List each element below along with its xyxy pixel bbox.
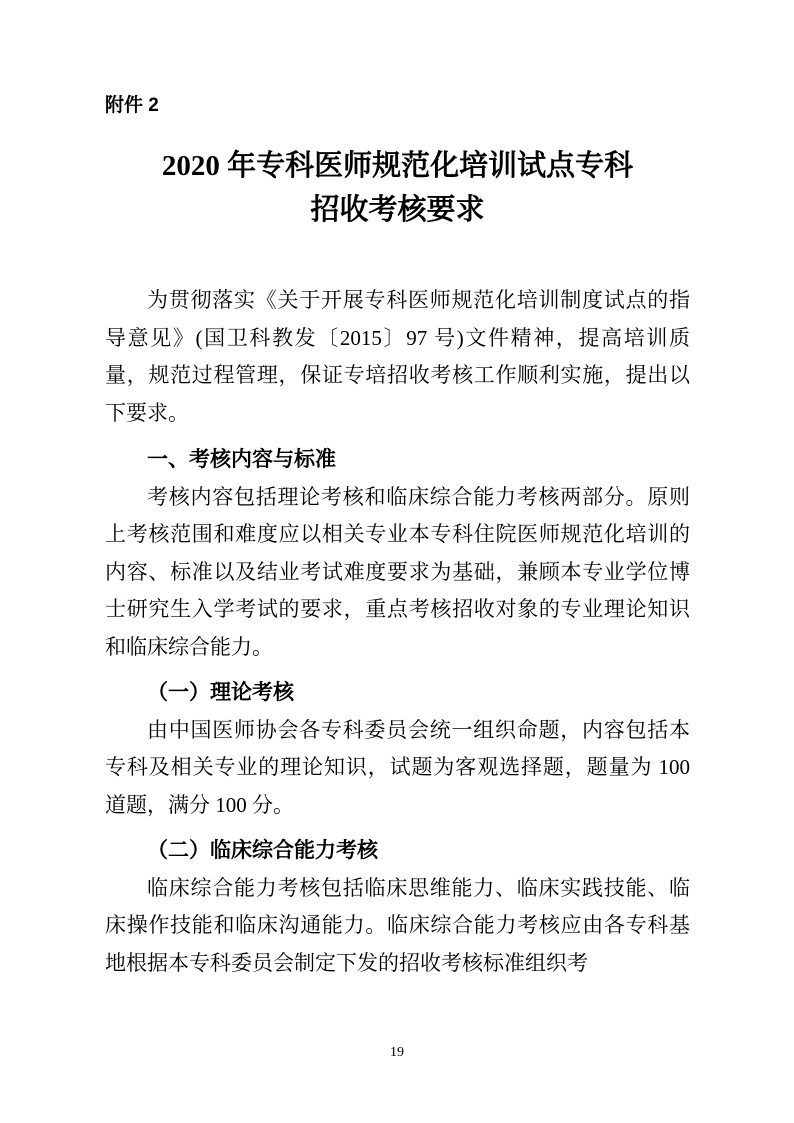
section-1-paragraph: 考核内容包括理论考核和临床综合能力考核两部分。原则上考核范围和难度应以相关专业本… — [105, 479, 690, 667]
title-line-1: 2020 年专科医师规范化培训试点专科 — [105, 144, 690, 188]
document-body: 为贯彻落实《关于开展专科医师规范化培训制度试点的指导意见》(国卫科教发〔2015… — [105, 282, 690, 982]
subsection-1-paragraph: 由中国医师协会各专科委员会统一组织命题，内容包括本专科及相关专业的理论知识，试题… — [105, 712, 690, 825]
document-page: 附件 2 2020 年专科医师规范化培训试点专科 招收考核要求 为贯彻落实《关于… — [0, 0, 794, 1123]
document-title: 2020 年专科医师规范化培训试点专科 招收考核要求 — [105, 144, 690, 232]
attachment-label: 附件 2 — [105, 92, 690, 120]
title-line-2: 招收考核要求 — [105, 188, 690, 232]
intro-paragraph: 为贯彻落实《关于开展专科医师规范化培训制度试点的指导意见》(国卫科教发〔2015… — [105, 282, 690, 432]
subsection-2-heading: （二）临床综合能力考核 — [105, 832, 690, 870]
subsection-1-heading: （一）理论考核 — [105, 674, 690, 712]
section-1-heading: 一、考核内容与标准 — [105, 441, 690, 479]
subsection-2-paragraph: 临床综合能力考核包括临床思维能力、临床实践技能、临床操作技能和临床沟通能力。临床… — [105, 870, 690, 983]
page-number: 19 — [0, 1045, 794, 1061]
